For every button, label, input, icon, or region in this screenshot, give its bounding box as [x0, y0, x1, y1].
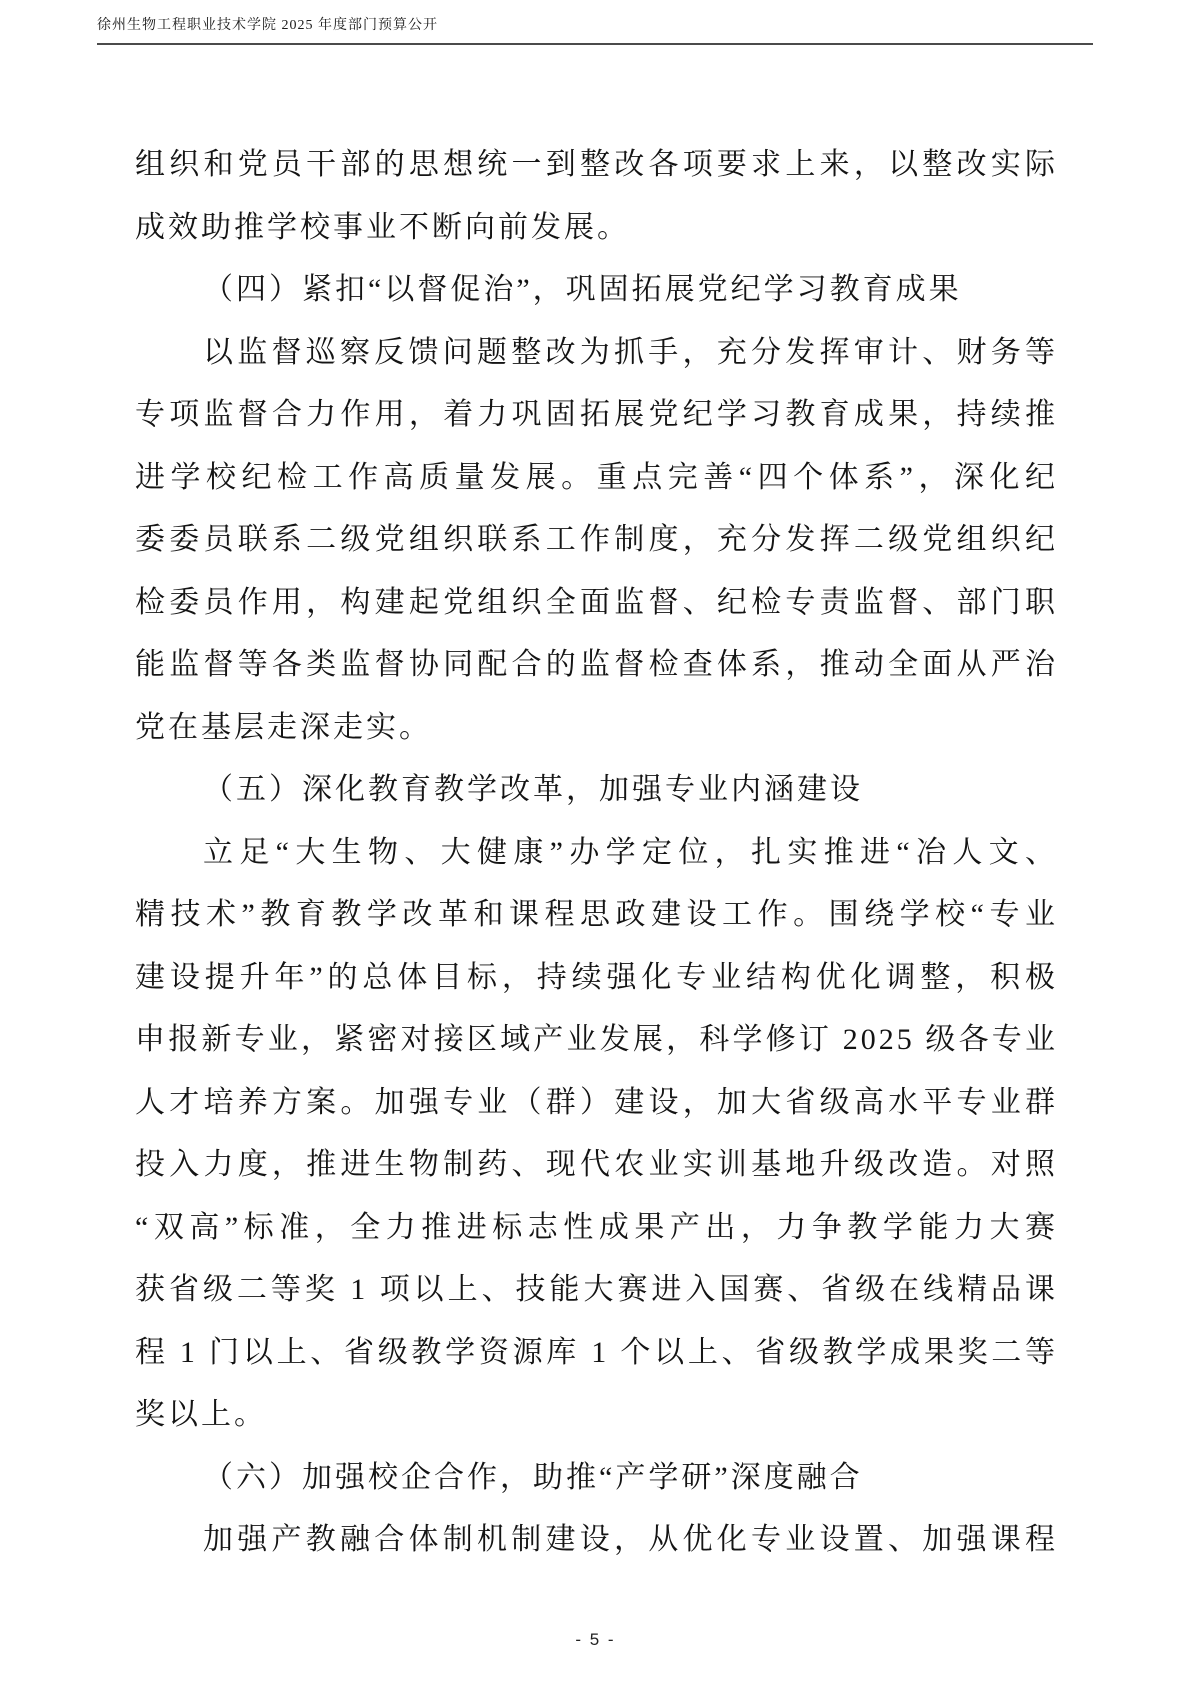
- text-line: 检委员作用，构建起党组织全面监督、纪检专责监督、部门职: [135, 572, 1058, 635]
- text-line: 委委员联系二级党组织联系工作制度，充分发挥二级党组织纪: [135, 509, 1058, 572]
- text-line: 程 1 门以上、省级教学资源库 1 个以上、省级教学成果奖二等: [135, 1322, 1058, 1385]
- header-title: 徐州生物工程职业技术学院 2025 年度部门预算公开: [97, 18, 438, 33]
- text-line: 人才培养方案。加强专业（群）建设，加大省级高水平专业群: [135, 1072, 1058, 1135]
- text-line: 申报新专业，紧密对接区域产业发展，科学修订 2025 级各专业: [135, 1009, 1058, 1072]
- para-industry-education: 加强产教融合体制机制建设，从优化专业设置、加强课程: [135, 1509, 1058, 1572]
- text-line: 获省级二等奖 1 项以上、技能大赛进入国赛、省级在线精品课: [135, 1259, 1058, 1322]
- text-line: “双高”标准，全力推进标志性成果产出，力争教学能力大赛: [135, 1197, 1058, 1260]
- heading-section-5: （五）深化教育教学改革，加强专业内涵建设: [135, 759, 1058, 822]
- page-number: - 5 -: [575, 1630, 615, 1649]
- para-continuation-rectification: 组织和党员干部的思想统一到整改各项要求上来，以整改实际成效助推学校事业不断向前发…: [135, 134, 1058, 259]
- heading-section-4: （四）紧扣“以督促治”，巩固拓展党纪学习教育成果: [135, 259, 1058, 322]
- text-line: （五）深化教育教学改革，加强专业内涵建设: [135, 759, 1058, 822]
- text-line: 能监督等各类监督协同配合的监督检查体系，推动全面从严治: [135, 634, 1058, 697]
- text-line: 精技术”教育教学改革和课程思政建设工作。围绕学校“专业: [135, 884, 1058, 947]
- para-supervision: 以监督巡察反馈问题整改为抓手，充分发挥审计、财务等专项监督合力作用，着力巩固拓展…: [135, 322, 1058, 760]
- text-line: 专项监督合力作用，着力巩固拓展党纪学习教育成果，持续推: [135, 384, 1058, 447]
- document-page: 徐州生物工程职业技术学院 2025 年度部门预算公开 组织和党员干部的思想统一到…: [0, 0, 1191, 1684]
- text-line: （四）紧扣“以督促治”，巩固拓展党纪学习教育成果: [135, 259, 1058, 322]
- text-line: 成效助推学校事业不断向前发展。: [135, 197, 1058, 260]
- para-teaching-reform: 立足“大生物、大健康”办学定位，扎实推进“冶人文、精技术”教育教学改革和课程思政…: [135, 822, 1058, 1447]
- text-line: 投入力度，推进生物制药、现代农业实训基地升级改造。对照: [135, 1134, 1058, 1197]
- heading-section-6: （六）加强校企合作，助推“产学研”深度融合: [135, 1447, 1058, 1510]
- text-line: 建设提升年”的总体目标，持续强化专业结构优化调整，积极: [135, 947, 1058, 1010]
- text-line: 进学校纪检工作高质量发展。重点完善“四个体系”，深化纪: [135, 447, 1058, 510]
- text-line: 奖以上。: [135, 1384, 1058, 1447]
- text-line: 加强产教融合体制机制建设，从优化专业设置、加强课程: [135, 1509, 1058, 1572]
- text-line: 以监督巡察反馈问题整改为抓手，充分发挥审计、财务等: [135, 322, 1058, 385]
- text-line: 组织和党员干部的思想统一到整改各项要求上来，以整改实际: [135, 134, 1058, 197]
- text-line: 党在基层走深走实。: [135, 697, 1058, 760]
- text-line: 立足“大生物、大健康”办学定位，扎实推进“冶人文、: [135, 822, 1058, 885]
- document-body: 组织和党员干部的思想统一到整改各项要求上来，以整改实际成效助推学校事业不断向前发…: [135, 134, 1058, 1572]
- page-header: 徐州生物工程职业技术学院 2025 年度部门预算公开: [97, 16, 1093, 45]
- text-line: （六）加强校企合作，助推“产学研”深度融合: [135, 1447, 1058, 1510]
- page-footer: - 5 -: [0, 1630, 1191, 1650]
